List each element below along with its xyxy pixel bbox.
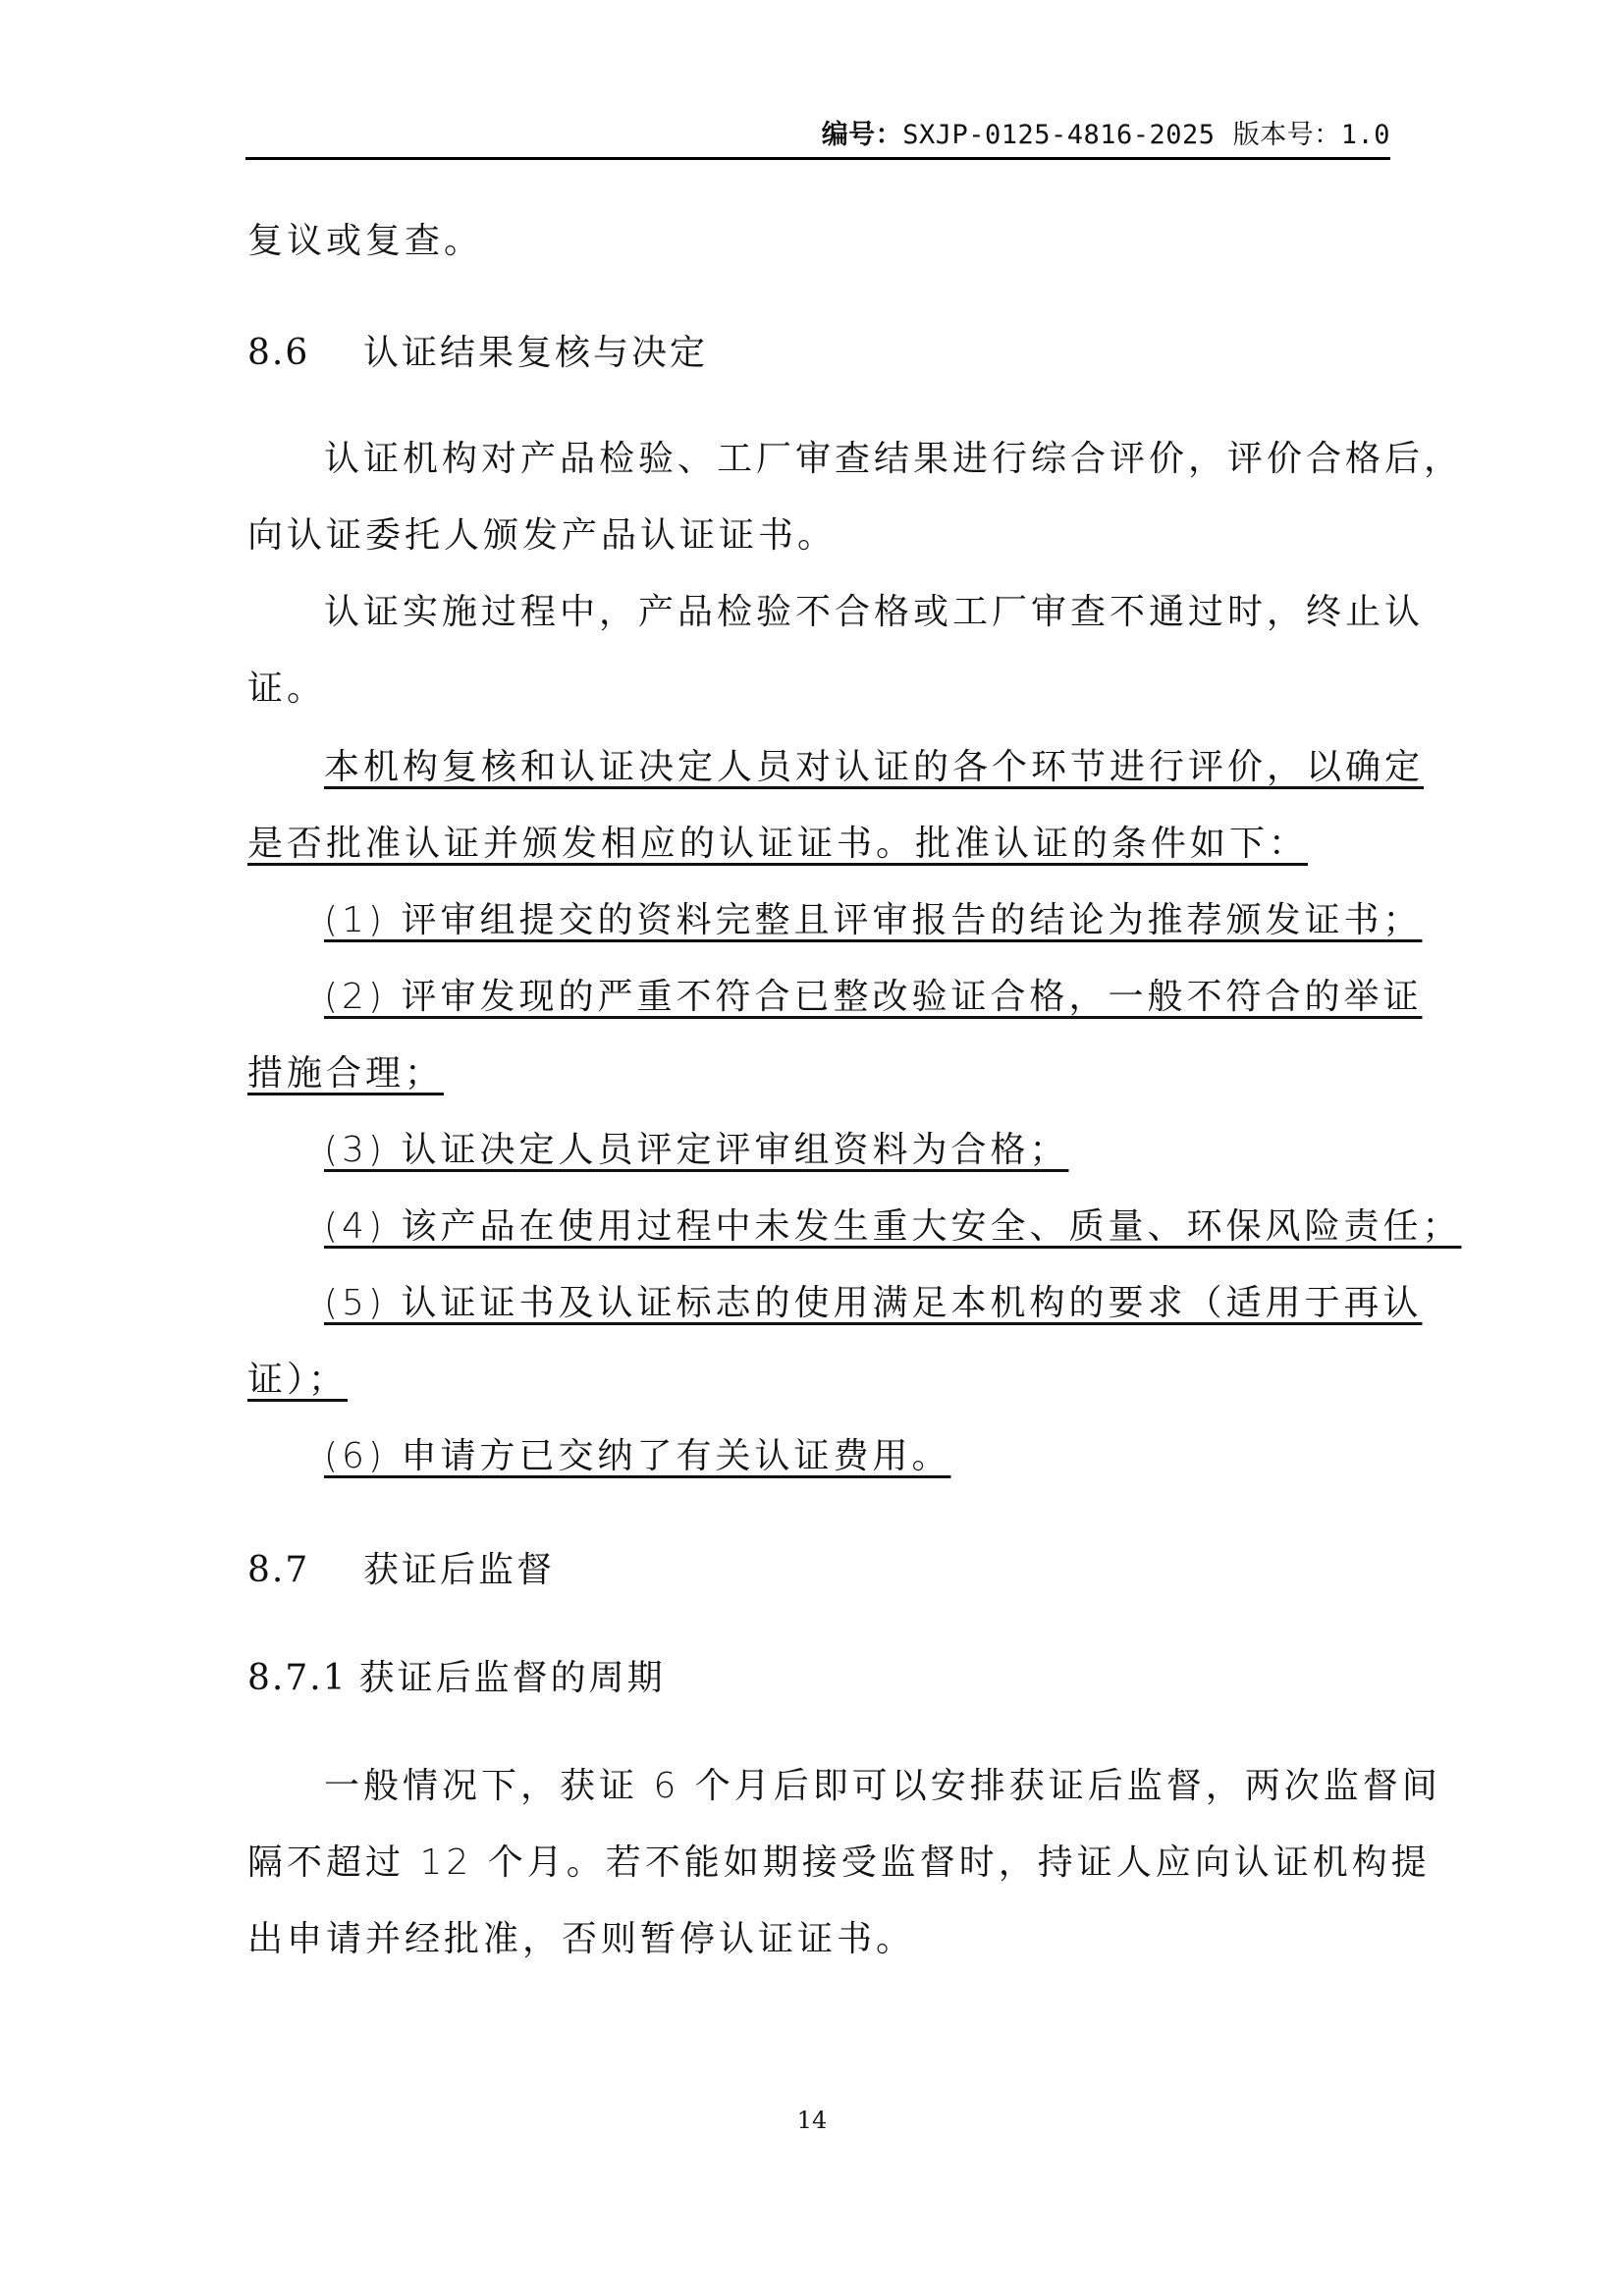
version-number: 1.0 bbox=[1341, 120, 1390, 150]
continuation-text: 复议或复查。 bbox=[247, 218, 483, 265]
doc-number: SXJP-0125-4816-2025 bbox=[902, 120, 1215, 150]
paragraph-line: 出申请并经批准，否则暂停认证证书。 bbox=[247, 1916, 915, 1963]
section-heading-8-6: 8.6认证结果复核与决定 bbox=[247, 330, 708, 377]
section-title: 获证后监督 bbox=[363, 1550, 555, 1590]
section-number: 8.7 bbox=[247, 1547, 363, 1594]
version-label: 版本号： bbox=[1233, 120, 1341, 150]
section-heading-8-7: 8.7获证后监督 bbox=[247, 1547, 555, 1594]
underlined-paragraph-line: 是否批准认证并颁发相应的认证证书。批准认证的条件如下： bbox=[247, 821, 1308, 868]
section-number: 8.6 bbox=[247, 330, 363, 377]
condition-item-5-cont: 证）； bbox=[247, 1357, 348, 1404]
header-divider bbox=[245, 157, 1390, 160]
condition-item-5: (5) 认证证书及认证标志的使用满足本机构的要求（适用于再认 bbox=[324, 1280, 1422, 1327]
paragraph-line: 认证机构对产品检验、工厂审查结果进行综合评价，评价合格后， bbox=[324, 436, 1463, 483]
condition-item-1: (1) 评审组提交的资料完整且评审报告的结论为推荐颁发证书； bbox=[324, 897, 1422, 944]
condition-item-4: (4) 该产品在使用过程中未发生重大安全、质量、环保风险责任； bbox=[324, 1203, 1461, 1251]
page-number: 14 bbox=[0, 2107, 1624, 2134]
condition-item-2-cont: 措施合理； bbox=[247, 1050, 444, 1097]
condition-item-3: (3) 认证决定人员评定评审组资料为合格； bbox=[324, 1127, 1068, 1174]
paragraph-line: 证。 bbox=[247, 666, 326, 713]
section-title: 获证后监督的周期 bbox=[359, 1658, 666, 1698]
paragraph-line: 一般情况下，获证 6 个月后即可以安排获证后监督，两次监督间 bbox=[324, 1763, 1441, 1810]
paragraph-line: 认证实施过程中，产品检验不合格或工厂审查不通过时，终止认 bbox=[324, 589, 1424, 636]
doc-number-label: 编号： bbox=[822, 120, 903, 150]
condition-item-6: (6) 申请方已交纳了有关认证费用。 bbox=[324, 1433, 950, 1480]
section-title: 认证结果复核与决定 bbox=[363, 333, 708, 373]
section-heading-8-7-1: 8.7.1获证后监督的周期 bbox=[247, 1655, 666, 1702]
section-number: 8.7.1 bbox=[247, 1655, 348, 1702]
document-page: 编号：SXJP-0125-4816-2025 版本号：1.0 复议或复查。 8.… bbox=[0, 0, 1624, 2296]
condition-item-2: (2) 评审发现的严重不符合已整改验证合格，一般不符合的举证 bbox=[324, 974, 1422, 1021]
page-header: 编号：SXJP-0125-4816-2025 版本号：1.0 bbox=[245, 116, 1390, 155]
underlined-paragraph-line: 本机构复核和认证决定人员对认证的各个环节进行评价，以确定 bbox=[324, 744, 1424, 791]
paragraph-line: 向认证委托人颁发产品认证证书。 bbox=[247, 512, 837, 560]
paragraph-line: 隔不超过 12 个月。若不能如期接受监督时，持证人应向认证机构提 bbox=[247, 1840, 1431, 1887]
